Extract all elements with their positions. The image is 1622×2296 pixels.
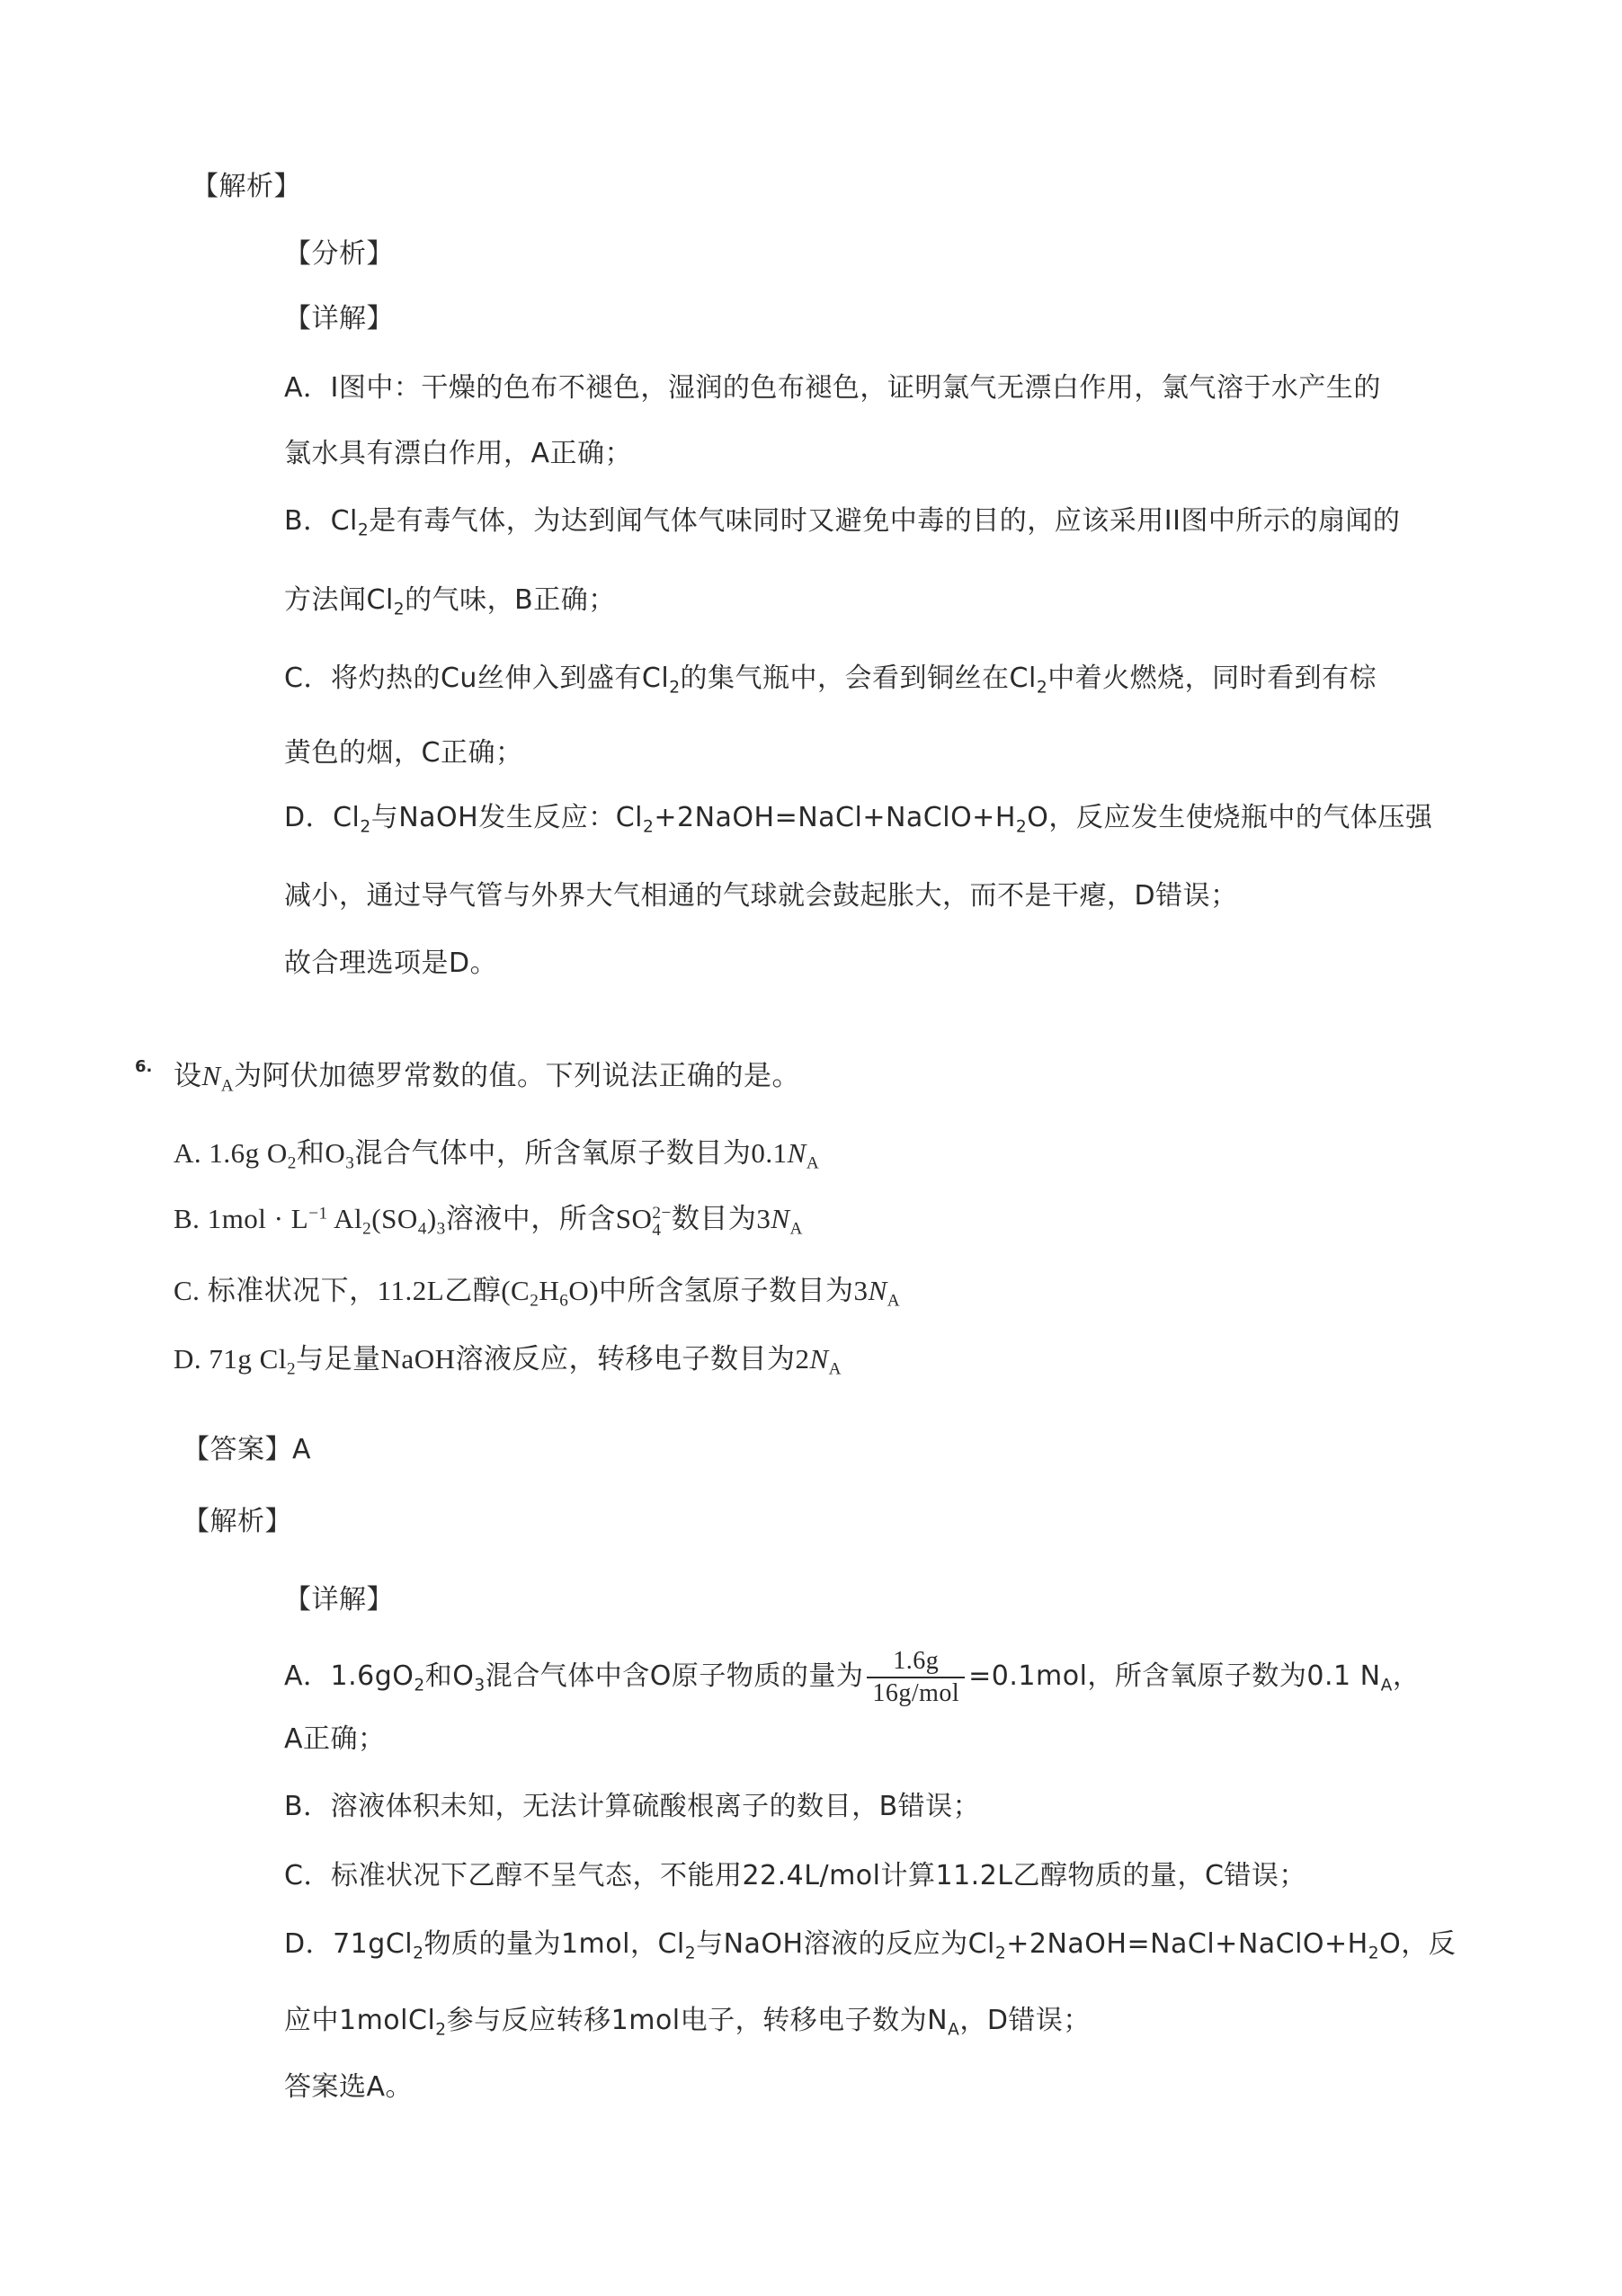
solution-d-line2: 应中1molCl2参与反应转移1mol电子，转移电子数为NA，D错误； — [284, 2003, 1091, 2039]
xiangjie-heading: 【详解】 — [284, 301, 394, 337]
analysis-a-line2: 氯水具有漂白作用，A正确； — [284, 436, 632, 472]
jiexi-heading: 【解析】 — [192, 169, 301, 205]
analysis-d-line2: 减小，通过导气管与外界大气相通的气球就会鼓起胀大，而不是干瘪，D错误； — [284, 878, 1238, 914]
option-d[interactable]: D. 71g Cl2与足量NaOH溶液反应，转移电子数目为2NA — [174, 1341, 842, 1377]
option-b[interactable]: B. 1mol · L−1 Al2(SO4)3溶液中，所含SO2−4数目为3NA — [174, 1201, 803, 1239]
answer-line: 【答案】A — [183, 1432, 311, 1468]
analysis-a-line1: A．I图中：干燥的色布不褪色，湿润的色布褪色，证明氯气无漂白作用，氯气溶于水产生… — [284, 370, 1381, 406]
question-number: 6. — [135, 1057, 152, 1076]
xiangjie-heading-q6: 【详解】 — [284, 1582, 394, 1618]
answer-value: A — [292, 1434, 311, 1465]
analysis-d-line1: D．Cl2与NaOH发生反应：Cl2+2NaOH=NaCl+NaClO+H2O，… — [284, 800, 1432, 836]
solution-b-line: B．溶液体积未知，无法计算硫酸根离子的数目，B错误； — [284, 1789, 980, 1825]
option-c[interactable]: C. 标准状况下，11.2L乙醇(C2H6O)中所含氢原子数目为3NA — [174, 1273, 900, 1309]
analysis-b-line2: 方法闻Cl2的气味，B正确； — [284, 583, 616, 618]
fenxi-heading: 【分析】 — [284, 236, 394, 272]
solution-a-line1: A．1.6gO2和O3混合气体中含O原子物质的量为1.6g16g/mol=0.1… — [284, 1645, 1420, 1709]
question-stem: 设NA为阿伏加德罗常数的值。下列说法正确的是。 — [174, 1058, 800, 1094]
solution-c-line: C．标准状况下乙醇不呈气态，不能用22.4L/mol计算11.2L乙醇物质的量，… — [284, 1858, 1306, 1894]
solution-conclusion: 答案选A。 — [284, 2069, 413, 2105]
analysis-b-line1: B．Cl2是有毒气体，为达到闻气体气味同时又避免中毒的目的，应该采用II图中所示… — [284, 503, 1400, 539]
option-a[interactable]: A. 1.6g O2和O3混合气体中，所含氧原子数目为0.1NA — [174, 1135, 819, 1171]
solution-d-line1: D．71gCl2物质的量为1mol，Cl2与NaOH溶液的反应为Cl2+2NaO… — [284, 1927, 1456, 1962]
analysis-c-line1: C．将灼热的Cu丝伸入到盛有Cl2的集气瓶中，会看到铜丝在Cl2中着火燃烧，同时… — [284, 661, 1377, 697]
analysis-c-line2: 黄色的烟，C正确； — [284, 735, 522, 771]
solution-a-line2: A正确； — [284, 1722, 386, 1758]
fraction: 1.6g16g/mol — [867, 1646, 965, 1709]
analysis-conclusion: 故合理选项是D。 — [284, 946, 497, 982]
jiexi-heading-q6: 【解析】 — [183, 1504, 292, 1540]
